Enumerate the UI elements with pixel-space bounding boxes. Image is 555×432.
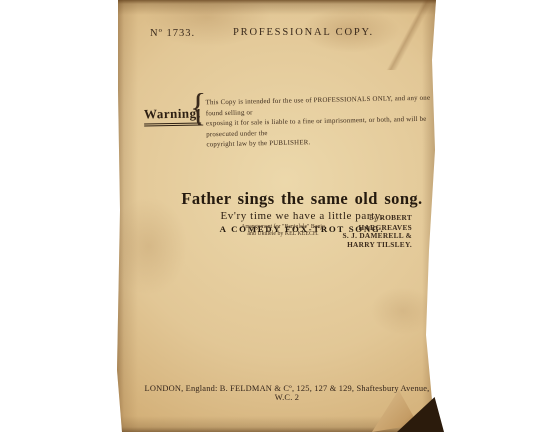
scan-background: Nº 1733. PROFESSIONAL COPY. Warning! { T… (0, 0, 555, 432)
publisher-line: LONDON, England: B. FELDMAN & Cº, 125, 1… (141, 384, 433, 402)
author-name-1: ROBERT HARGREAVES (358, 213, 412, 232)
warning-brace: { (190, 87, 206, 131)
catalog-number: Nº 1733. (150, 28, 195, 39)
song-title: Father sings the same old song. (168, 189, 436, 209)
paper-crease (376, 0, 442, 70)
arrangement-note: Arrangement for "Banjulele" Banjo and Uk… (235, 224, 331, 238)
author-name-3: HARRY TILSLEY. (316, 241, 412, 250)
professional-copy-label: PROFESSIONAL COPY. (233, 27, 374, 38)
arrangement-line-1: Arrangement for "Banjulele" Banjo (235, 224, 331, 231)
warning-notice: This Copy is intended for the use of PRO… (205, 94, 434, 152)
arrangement-line-2: and Ukulele by KEL KEECH. (235, 231, 331, 238)
by-prefix: By (369, 215, 378, 222)
